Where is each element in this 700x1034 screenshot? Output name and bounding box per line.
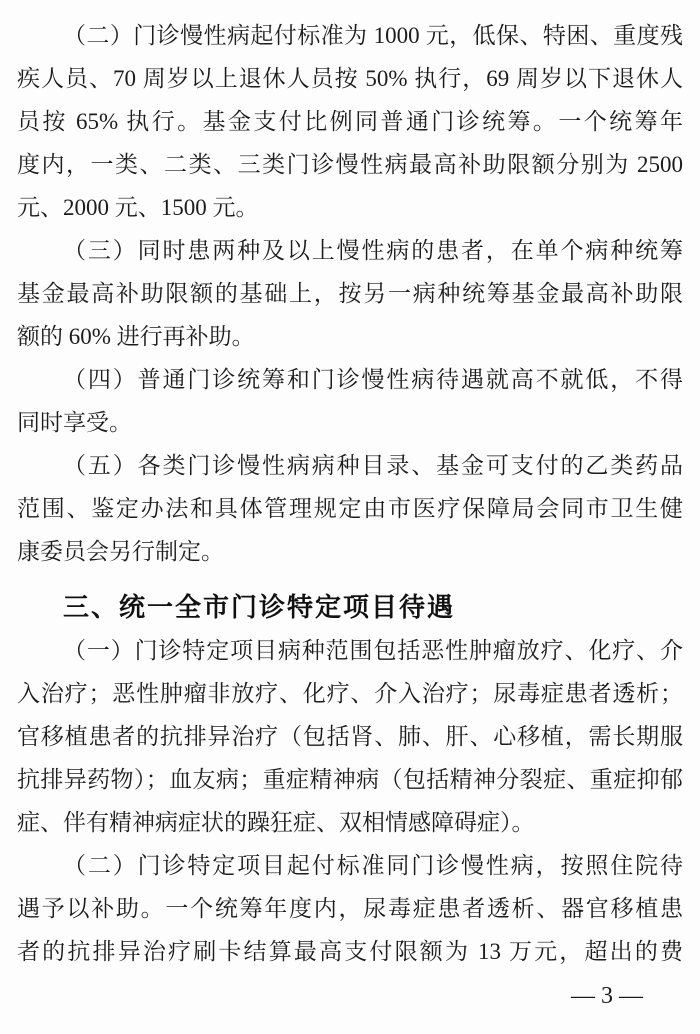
text-line: 康委员会另行制定。	[17, 530, 683, 573]
page-number: — 3 —	[571, 983, 643, 1009]
text-line: 元、2000 元、1500 元。	[17, 186, 683, 229]
text-line: 同时享受。	[17, 401, 683, 444]
text-line: 抗排异药物）；血友病；重症精神病（包括精神分裂症、重症抑郁	[17, 758, 683, 801]
document-body: （二）门诊慢性病起付标准为 1000 元，低保、特困、重度残疾人员、70 周岁以…	[17, 14, 683, 973]
text-line: 基金最高补助限额的基础上，按另一病种统筹基金最高补助限	[17, 272, 683, 315]
document-page: （二）门诊慢性病起付标准为 1000 元，低保、特困、重度残疾人员、70 周岁以…	[0, 0, 700, 1034]
text-line: （一）门诊特定项目病种范围包括恶性肿瘤放疗、化疗、介	[17, 629, 683, 672]
section-heading: 三、统一全市门诊特定项目待遇	[17, 585, 683, 629]
text-line: 症、伴有精神病症状的躁狂症、双相情感障碍症）。	[17, 801, 683, 844]
text-line: 官移植患者的抗排异治疗（包括肾、肺、肝、心移植，需长期服用	[17, 715, 683, 758]
text-line: （三）同时患两种及以上慢性病的患者，在单个病种统筹	[17, 229, 683, 272]
text-line: （二）门诊特定项目起付标准同门诊慢性病，按照住院待	[17, 844, 683, 887]
text-line: 度内，一类、二类、三类门诊慢性病最高补助限额分别为 2500	[17, 143, 683, 186]
text-line: 疾人员、70 周岁以上退休人员按 50% 执行，69 周岁以下退休人	[17, 57, 683, 100]
text-line: （四）普通门诊统筹和门诊慢性病待遇就高不就低，不得	[17, 358, 683, 401]
text-line: 额的 60% 进行再补助。	[17, 315, 683, 358]
text-line: 者的抗排异治疗刷卡结算最高支付限额为 13 万元，超出的费	[17, 930, 683, 973]
text-line: 范围、鉴定办法和具体管理规定由市医疗保障局会同市卫生健	[17, 487, 683, 530]
text-line: （五）各类门诊慢性病病种目录、基金可支付的乙类药品	[17, 444, 683, 487]
page-footer: — 3 —	[17, 981, 683, 1011]
text-line: 入治疗；恶性肿瘤非放疗、化疗、介入治疗；尿毒症患者透析；器	[17, 672, 683, 715]
text-line: （二）门诊慢性病起付标准为 1000 元，低保、特困、重度残	[17, 14, 683, 57]
text-line: 遇予以补助。一个统筹年度内，尿毒症患者透析、器官移植患	[17, 887, 683, 930]
text-line: 员按 65% 执行。基金支付比例同普通门诊统筹。一个统筹年	[17, 100, 683, 143]
